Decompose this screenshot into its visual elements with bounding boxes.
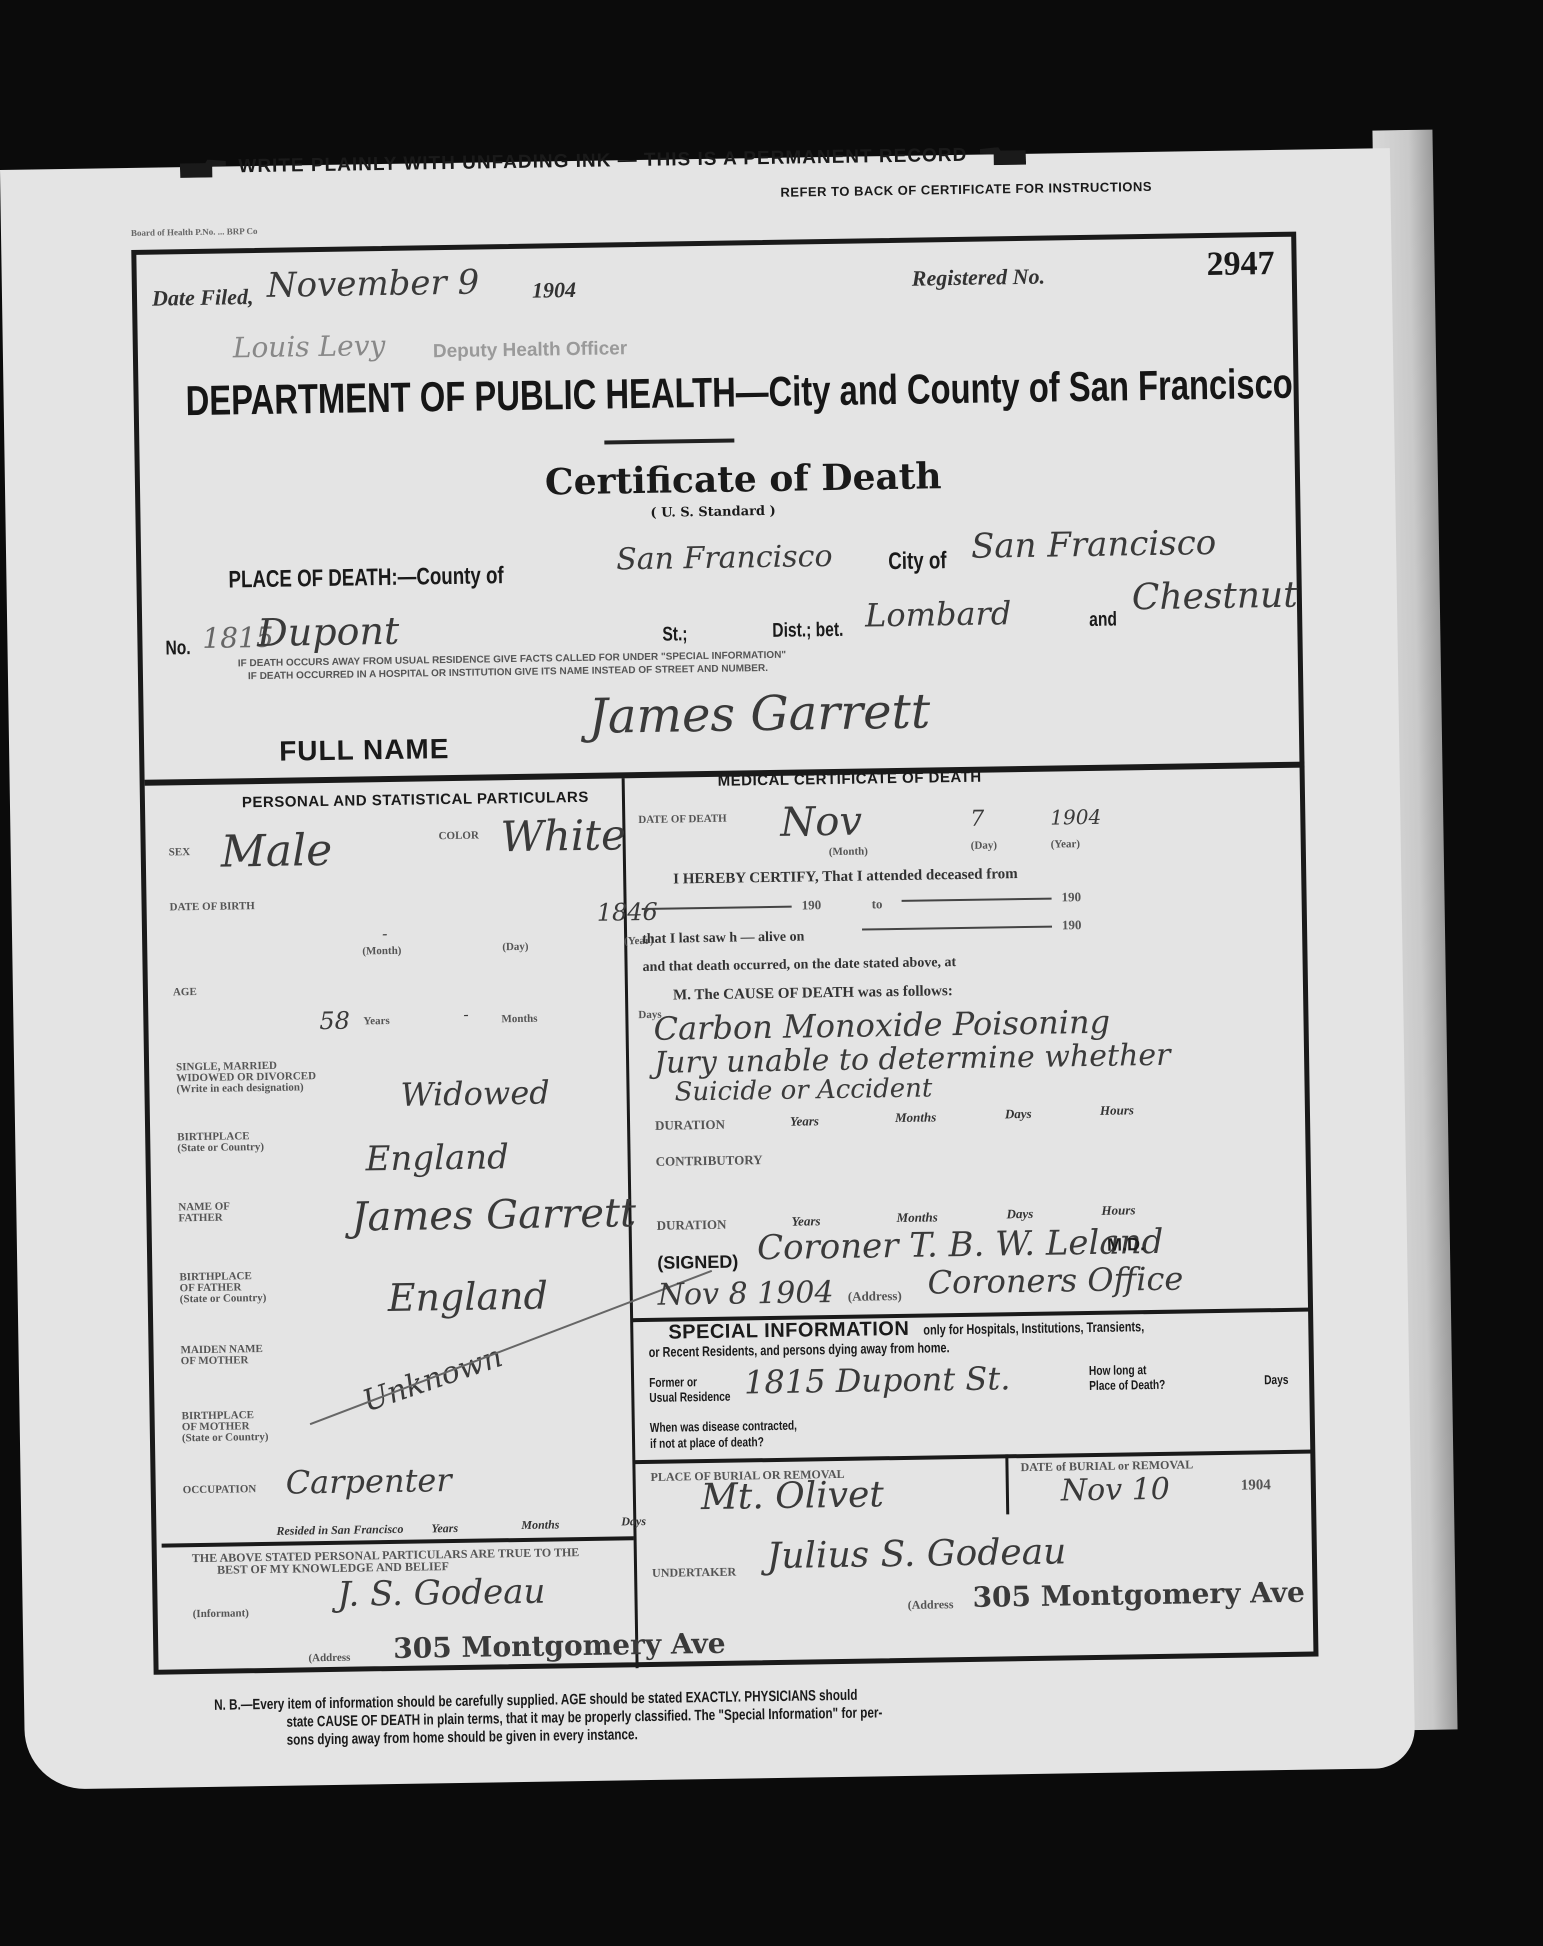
birthplace-label-2: (State or Country) — [177, 1142, 264, 1154]
st-label: St.; — [662, 623, 687, 646]
date-filed-year: 1904 — [532, 277, 576, 304]
duration2-hours: Hours — [1101, 1202, 1135, 1219]
how-long-label-1: How long at — [1089, 1362, 1147, 1378]
burial-place: Mt. Olivet — [701, 1474, 884, 1518]
dob-month-label: (Month) — [362, 946, 401, 958]
city-label: City of — [888, 547, 947, 576]
duration2-months: Months — [896, 1209, 937, 1226]
full-name-label: FULL NAME — [279, 733, 450, 768]
dod-month-label: (Month) — [829, 846, 868, 858]
registered-label: Registered No. — [912, 264, 1046, 292]
dod-label: DATE OF DEATH — [638, 814, 727, 826]
dod-day: 7 — [970, 807, 984, 832]
age-years: 58 — [319, 1007, 350, 1035]
to-year: 190 — [1061, 891, 1081, 902]
undertaker-label: UNDERTAKER — [652, 1567, 736, 1579]
registered-number: 2947 — [1206, 245, 1275, 284]
signed-date: Nov 8 1904 — [657, 1275, 833, 1313]
how-long-days: Days — [1264, 1372, 1288, 1387]
place-of-death-label: PLACE OF DEATH:—County of — [228, 562, 504, 594]
cause-line-3: Suicide or Accident — [674, 1073, 932, 1107]
duration2-label: DURATION — [657, 1219, 727, 1231]
dod-year-label: (Year) — [1051, 839, 1080, 850]
informant-label: (Informant) — [193, 1608, 249, 1620]
burial-date: Nov 10 — [1061, 1472, 1171, 1509]
informant-address-label: (Address — [308, 1653, 350, 1665]
officer-title: Deputy Health Officer — [433, 338, 628, 363]
marital-value: Widowed — [400, 1073, 550, 1113]
and-label: and — [1089, 609, 1117, 632]
undertaker-address-label: (Address — [908, 1599, 954, 1611]
between-street-1: Lombard — [865, 594, 1012, 634]
occupation-value: Carpenter — [285, 1461, 452, 1502]
undertaker-value: Julius S. Godeau — [767, 1531, 1067, 1577]
date-filed-label: Date Filed, — [152, 284, 254, 312]
from-year: 190 — [802, 899, 822, 910]
dob-day-label: (Day) — [502, 942, 528, 953]
pointing-hand-icon — [180, 159, 226, 178]
contributory-label: CONTRIBUTORY — [656, 1154, 763, 1167]
age-months: - — [463, 1005, 469, 1024]
between-street-2: Chestnut — [1132, 575, 1298, 619]
sex-value: Male — [220, 825, 332, 878]
refer-notice: REFER TO BACK OF CERTIFICATE FOR INSTRUC… — [780, 179, 1152, 200]
dob-label: DATE OF BIRTH — [170, 901, 255, 913]
officer-signature: Louis Levy — [233, 329, 386, 364]
contracted-label-1: When was disease contracted, — [650, 1418, 797, 1435]
printer-line: Board of Health P.No. ... BRP Co — [131, 226, 258, 239]
certificate-title: Certificate of Death — [545, 455, 942, 503]
informant-value: J. S. Godeau — [337, 1572, 546, 1615]
resided-days: Days — [621, 1514, 646, 1529]
death-certificate-page: WRITE PLAINLY WITH UNFADING INK — THIS I… — [0, 148, 1415, 1790]
dob-month: - — [382, 924, 388, 943]
father-birthplace-value: England — [387, 1274, 548, 1321]
age-months-label: Months — [501, 1014, 537, 1026]
how-long-label-2: Place of Death? — [1089, 1377, 1165, 1393]
occupation-label: OCCUPATION — [183, 1484, 257, 1496]
marital-label-3: (Write in each designation) — [176, 1082, 303, 1095]
full-name-value: James Garrett — [588, 683, 930, 744]
signed-label: (SIGNED) — [657, 1252, 738, 1274]
md-label: M.D. — [1107, 1234, 1145, 1256]
duration-label: DURATION — [655, 1119, 725, 1131]
undertaker-address: 305 Montgomery Ave — [972, 1576, 1305, 1614]
dod-month: Nov — [780, 799, 862, 846]
last-saw-line: that I last saw h — alive on — [642, 929, 804, 948]
medical-address: Coroners Office — [927, 1260, 1183, 1302]
to-label: to — [872, 898, 883, 909]
duration-hours: Hours — [1100, 1102, 1134, 1119]
sex-label: SEX — [169, 847, 191, 858]
dist-label: Dist.; bet. — [772, 619, 843, 643]
resided-label: Resided in San Francisco — [276, 1522, 403, 1539]
residence-label-2: Usual Residence — [649, 1389, 730, 1405]
age-years-label: Years — [363, 1016, 389, 1027]
residence-value: 1815 Dupont St. — [744, 1359, 1011, 1401]
medical-address-label: (Address) — [848, 1290, 902, 1302]
mother-name-label-2: OF MOTHER — [181, 1355, 249, 1367]
top-notice: WRITE PLAINLY WITH UNFADING INK — THIS I… — [180, 144, 1026, 179]
county-value: San Francisco — [616, 539, 833, 577]
age-label: AGE — [173, 987, 197, 998]
duration-months: Months — [895, 1109, 936, 1126]
resided-years: Years — [431, 1521, 458, 1536]
birthplace-value: England — [365, 1137, 509, 1179]
contracted-label-2: if not at place of death? — [650, 1434, 764, 1451]
street-name: Dupont — [257, 609, 400, 655]
duration-years: Years — [790, 1113, 819, 1129]
color-value: White — [500, 810, 626, 861]
duration-days: Days — [1005, 1106, 1032, 1122]
resided-months: Months — [521, 1517, 559, 1533]
standard-label: ( U. S. Standard ) — [650, 504, 775, 521]
street-no-label: No. — [165, 637, 190, 660]
pointing-hand-icon — [980, 147, 1026, 166]
mother-bp-label-3: (State or Country) — [182, 1432, 269, 1444]
father-name-label-2: FATHER — [178, 1213, 222, 1225]
last-saw-year: 190 — [1062, 919, 1082, 930]
father-bp-label-3: (State or Country) — [180, 1293, 267, 1305]
date-filed-value: November 9 — [267, 262, 480, 305]
informant-address-value: 305 Montgomery Ave — [393, 1627, 726, 1665]
burial-year: 1904 — [1241, 1480, 1271, 1491]
father-name-value: James Garrett — [351, 1190, 636, 1240]
dod-year: 1904 — [1050, 805, 1101, 830]
dod-day-label: (Day) — [971, 840, 997, 851]
color-label: COLOR — [438, 831, 479, 843]
dob-year: 1846 — [597, 898, 659, 927]
residence-label-1: Former or — [649, 1374, 697, 1390]
duration2-days: Days — [1006, 1206, 1033, 1222]
city-value: San Francisco — [971, 523, 1217, 567]
